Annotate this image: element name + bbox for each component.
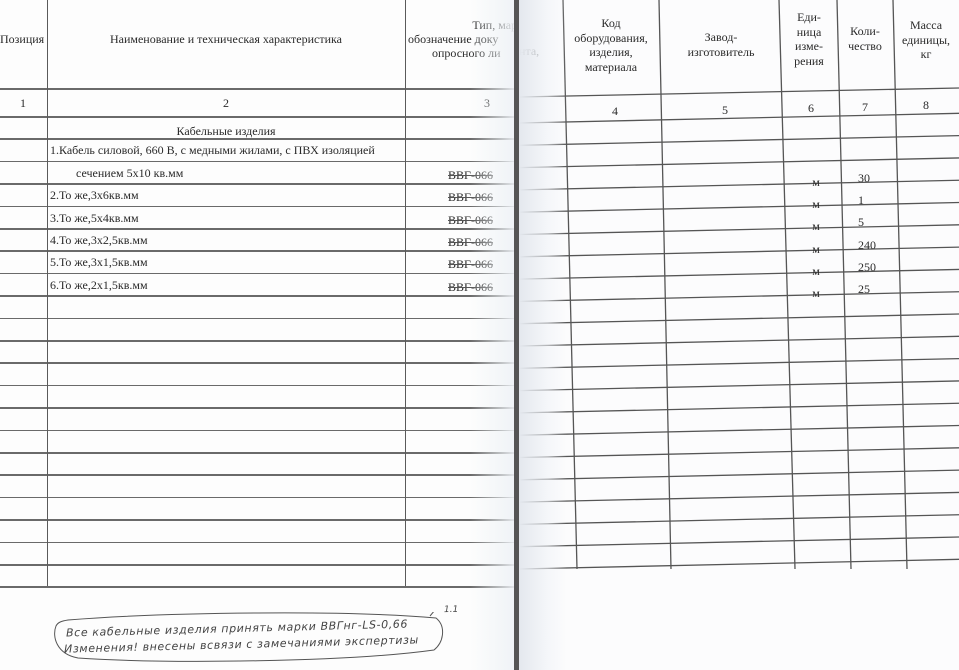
header-type-3: опросного ли [432, 46, 501, 60]
row-line [0, 138, 514, 140]
item-type-struck: ВВГ-066 [448, 213, 493, 227]
row-line [0, 273, 514, 275]
header-name: Наименование и техническая характеристик… [48, 32, 404, 46]
quantity-cell: 25 [858, 282, 870, 296]
row-line [0, 362, 514, 364]
colnum-5: 5 [665, 103, 785, 117]
row-line [0, 474, 514, 476]
quantity-cell: 5 [858, 215, 864, 229]
header-quantity: Коли- чество [837, 24, 893, 53]
item-name: 5.То же,3х1,5кв.мм [50, 255, 148, 269]
unit-cell: м [791, 175, 841, 189]
header-type-1: Тип, марка [430, 18, 514, 32]
colnum-7: 7 [837, 100, 893, 114]
row-line [0, 318, 514, 320]
row-line [0, 183, 514, 185]
row-line [0, 564, 514, 566]
item-type-struck: ВВГ-066 [448, 235, 493, 249]
row-line [0, 206, 514, 208]
col-line [47, 0, 48, 586]
header-position: Позиция [0, 32, 46, 46]
item-name: 6.То же,2х1,5кв.мм [50, 278, 148, 292]
header-cutoff: нта, [519, 44, 539, 58]
item-name: 3.То же,5х4кв.мм [50, 211, 139, 225]
colnum-2: 2 [48, 96, 404, 110]
header-manufacturer: Завод- изготовитель [661, 30, 781, 59]
unit-cell: м [791, 197, 841, 211]
colnum-6: 6 [783, 101, 839, 115]
row-line [0, 497, 514, 499]
row-line [0, 161, 514, 163]
colnum-8: 8 [893, 98, 959, 112]
item-name: 4.То же,3х2,5кв.мм [50, 233, 148, 247]
header-code: Код оборудования, изделия, материала [563, 16, 659, 74]
unit-cell: м [791, 219, 841, 233]
item-type-struck: ВВГ-066 [448, 280, 493, 294]
colnum-3: 3 [484, 96, 490, 110]
row-line [0, 295, 514, 297]
row-line [0, 116, 514, 118]
quantity-cell: 240 [858, 238, 876, 252]
row-line [0, 250, 514, 252]
header-type-2: обозначение доку [408, 32, 498, 46]
item-name: 2.То же,3х6кв.мм [50, 188, 139, 202]
handwritten-note: Все кабельные изделия принять марки ВВГн… [48, 612, 448, 662]
header-mass: Масса единицы, кг [893, 18, 959, 62]
quantity-cell: 250 [858, 260, 876, 274]
unit-cell: м [791, 242, 841, 256]
section-title: Кабельные изделия [48, 124, 404, 138]
row-line [0, 430, 514, 432]
unit-cell: м [791, 286, 841, 300]
colnum-4: 4 [567, 104, 663, 118]
col-line [405, 0, 406, 586]
row-line [0, 340, 514, 342]
item-name: 1.Кабель силовой, 660 В, с медными жилам… [50, 143, 375, 157]
header-unit: Еди- ница изме- рения [781, 10, 837, 68]
item-name: сечением 5х10 кв.мм [76, 166, 183, 180]
note-mark: 1.1 [444, 605, 459, 615]
row-line [0, 542, 514, 544]
colnum-1: 1 [0, 96, 46, 110]
row-line [0, 452, 514, 454]
item-type-struck: ВВГ-066 [448, 190, 493, 204]
row-line [0, 385, 514, 387]
item-type-struck: ВВГ-066 [448, 168, 493, 182]
right-page: нта, Код оборудования, изделия, материал… [519, 0, 959, 670]
left-page: Позиция Наименование и техническая харак… [0, 0, 514, 670]
row-line [0, 519, 514, 521]
row-line [0, 407, 514, 409]
item-type-struck: ВВГ-066 [448, 257, 493, 271]
unit-cell: м [791, 264, 841, 278]
row-line [0, 88, 514, 90]
row-line [0, 586, 514, 588]
quantity-cell: 1 [858, 193, 864, 207]
row-line [0, 228, 514, 230]
quantity-cell: 30 [858, 171, 870, 185]
